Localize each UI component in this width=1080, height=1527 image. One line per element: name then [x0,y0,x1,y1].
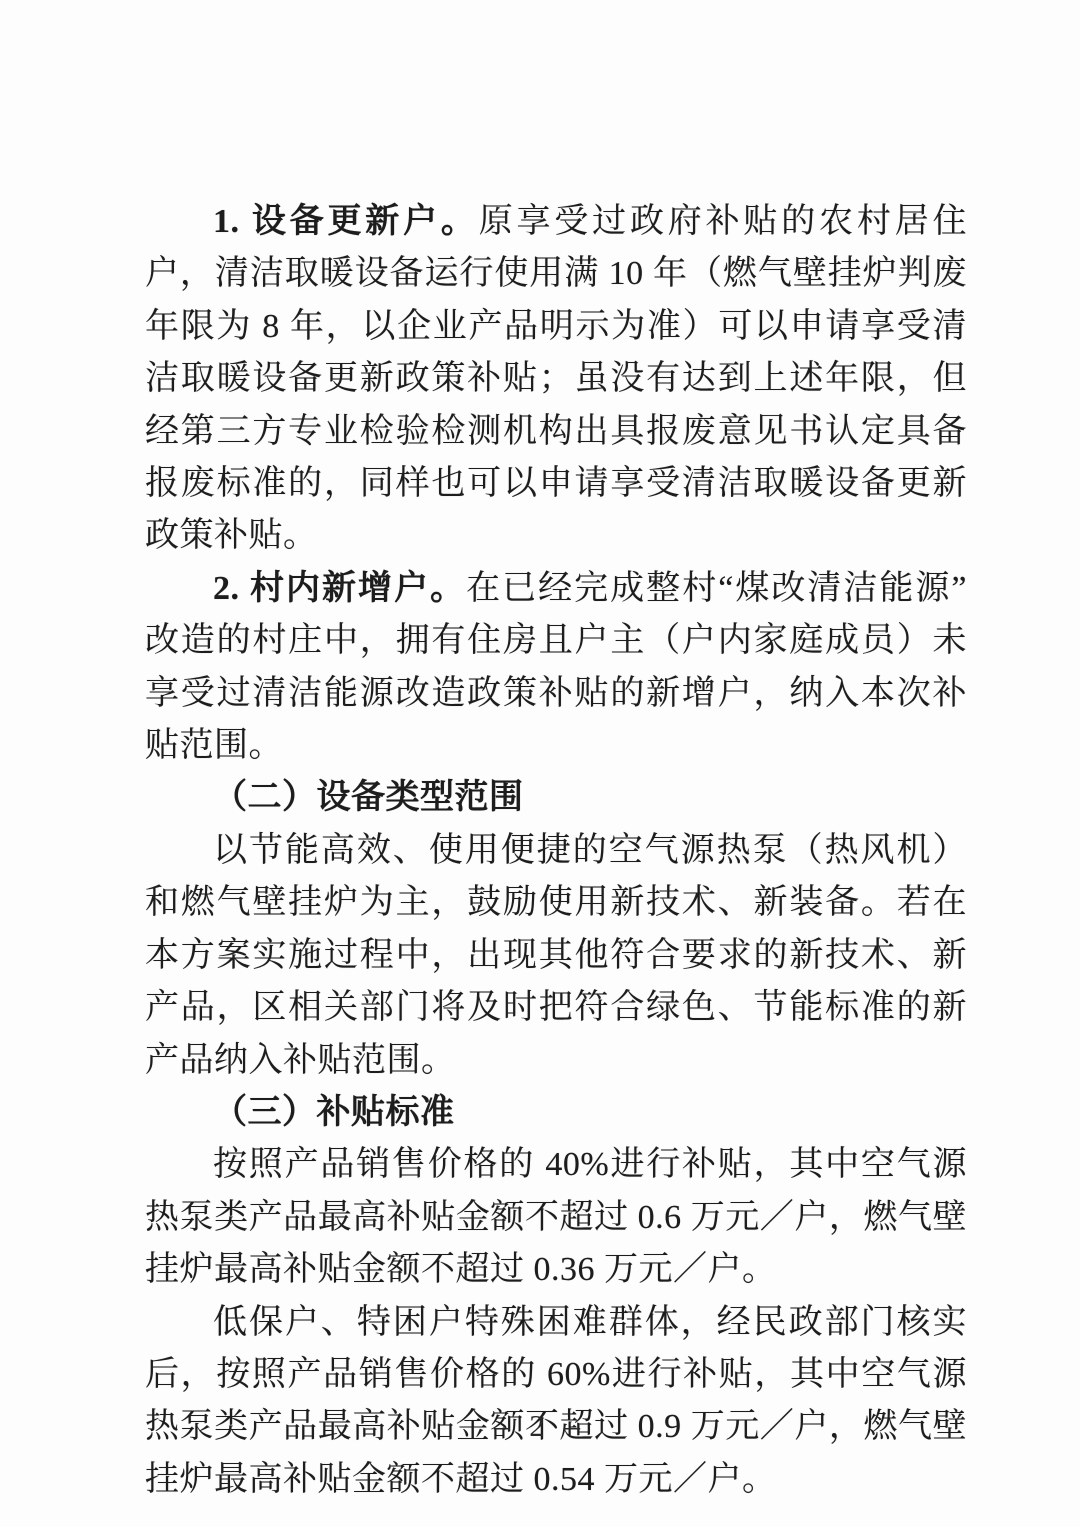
paragraph-text: 低保户、特困户特殊困难群体，经民政部门核实后，按照产品销售价格的 60%进行补贴… [145,1304,967,1498]
paragraph-lead-bold: （二）设备类型范围 [213,779,524,816]
paragraph-lead-bold: 2. 村内新增户。 [213,570,466,607]
paragraph-text: 按照产品销售价格的 40%进行补贴，其中空气源热泵类产品最高补贴金额不超过 0.… [145,1146,967,1288]
heading-device-type-scope: （二）设备类型范围 [145,772,967,824]
heading-subsidy-standard: （三）补贴标准 [145,1087,967,1139]
document-page: 1. 设备更新户。原享受过政府补贴的农村居住户，清洁取暖设备运行使用满 10 年… [0,0,1080,1527]
paragraph-lead-bold: （三）补贴标准 [213,1094,455,1131]
page-number: – 2 – [0,1408,1080,1444]
document-body: 1. 设备更新户。原享受过政府补贴的农村居住户，清洁取暖设备运行使用满 10 年… [145,196,967,1506]
para-subsidy-40-percent: 按照产品销售价格的 40%进行补贴，其中空气源热泵类产品最高补贴金额不超过 0.… [145,1139,967,1296]
para-subsidy-60-percent: 低保户、特困户特殊困难群体，经民政部门核实后，按照产品销售价格的 60%进行补贴… [145,1297,967,1507]
paragraph-text: 原享受过政府补贴的农村居住户，清洁取暖设备运行使用满 10 年（燃气壁挂炉判废年… [145,203,967,554]
para-device-types: 以节能高效、使用便捷的空气源热泵（热风机）和燃气壁挂炉为主，鼓励使用新技术、新装… [145,825,967,1087]
para-device-renewal-households: 1. 设备更新户。原享受过政府补贴的农村居住户，清洁取暖设备运行使用满 10 年… [145,196,967,563]
paragraph-text: 以节能高效、使用便捷的空气源热泵（热风机）和燃气壁挂炉为主，鼓励使用新技术、新装… [145,832,967,1079]
para-village-new-households: 2. 村内新增户。在已经完成整村“煤改清洁能源”改造的村庄中，拥有住房且户主（户… [145,563,967,773]
paragraph-lead-bold: 1. 设备更新户。 [213,203,479,240]
